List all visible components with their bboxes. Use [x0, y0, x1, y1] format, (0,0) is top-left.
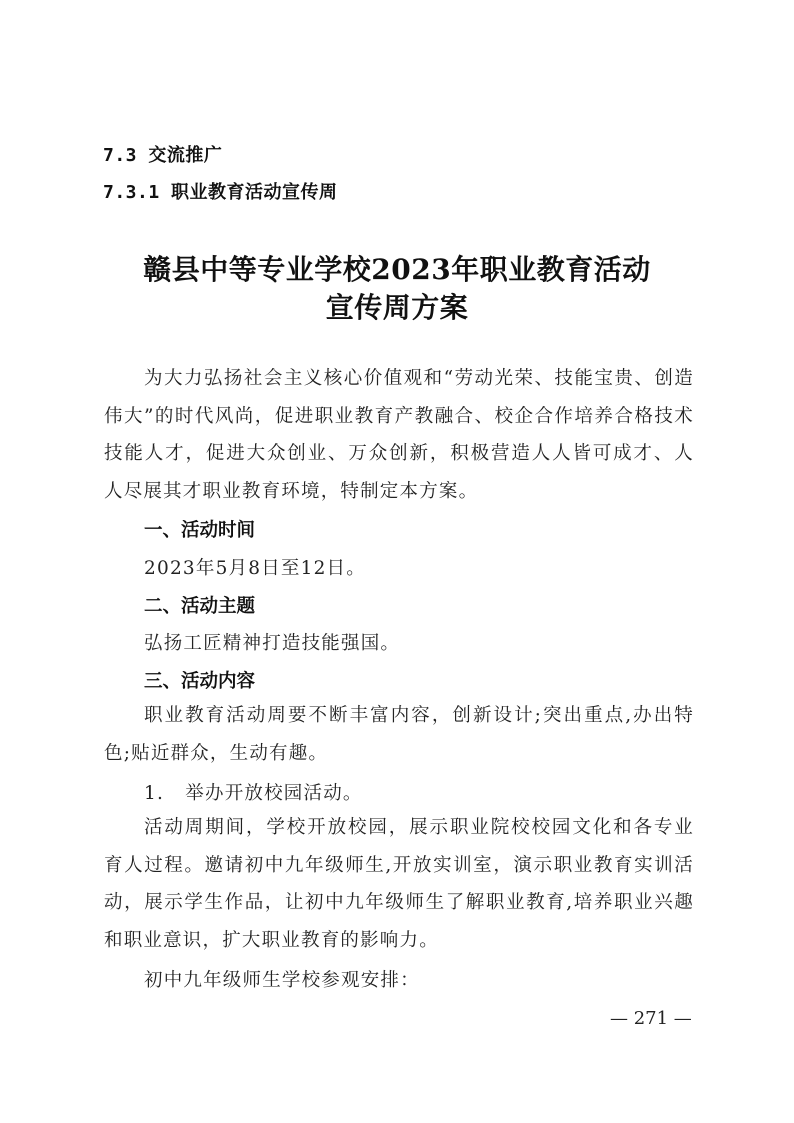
document-page: 7.3 交流推广 7.3.1 职业教育活动宣传周 赣县中等专业学校2023年职业… — [0, 0, 794, 1123]
section-1-heading: 一、活动时间 — [144, 516, 255, 542]
visit-arrangement-intro: 初中九年级师生学校参观安排： — [144, 966, 420, 992]
section-heading: 7.3 交流推广 — [103, 141, 222, 167]
section-3-heading: 三、活动内容 — [144, 667, 255, 693]
document-title-line2: 宣传周方案 — [0, 286, 794, 326]
page-number: — 271 — — [610, 1008, 692, 1029]
subsection-heading: 7.3.1 职业教育活动宣传周 — [103, 178, 338, 204]
section-2-heading: 二、活动主题 — [144, 592, 255, 618]
intro-paragraph: 为大力弘扬社会主义核心价值观和“劳动光荣、技能宝贵、创造伟大”的时代风尚，促进职… — [104, 360, 694, 510]
item-1-label: 1. 举办开放校园活动。 — [144, 779, 363, 805]
section-2-body: 弘扬工匠精神打造技能强国。 — [144, 629, 400, 655]
item-1-body: 活动周期间，学校开放校园，展示职业院校校园文化和各专业育人过程。邀请初中九年级师… — [104, 809, 694, 959]
section-3-body: 职业教育活动周要不断丰富内容，创新设计;突出重点,办出特色;贴近群众，生动有趣。 — [104, 697, 694, 772]
document-title-line1: 赣县中等专业学校2023年职业教育活动 — [0, 248, 794, 288]
section-1-body: 2023年5月8日至12日。 — [144, 554, 366, 580]
